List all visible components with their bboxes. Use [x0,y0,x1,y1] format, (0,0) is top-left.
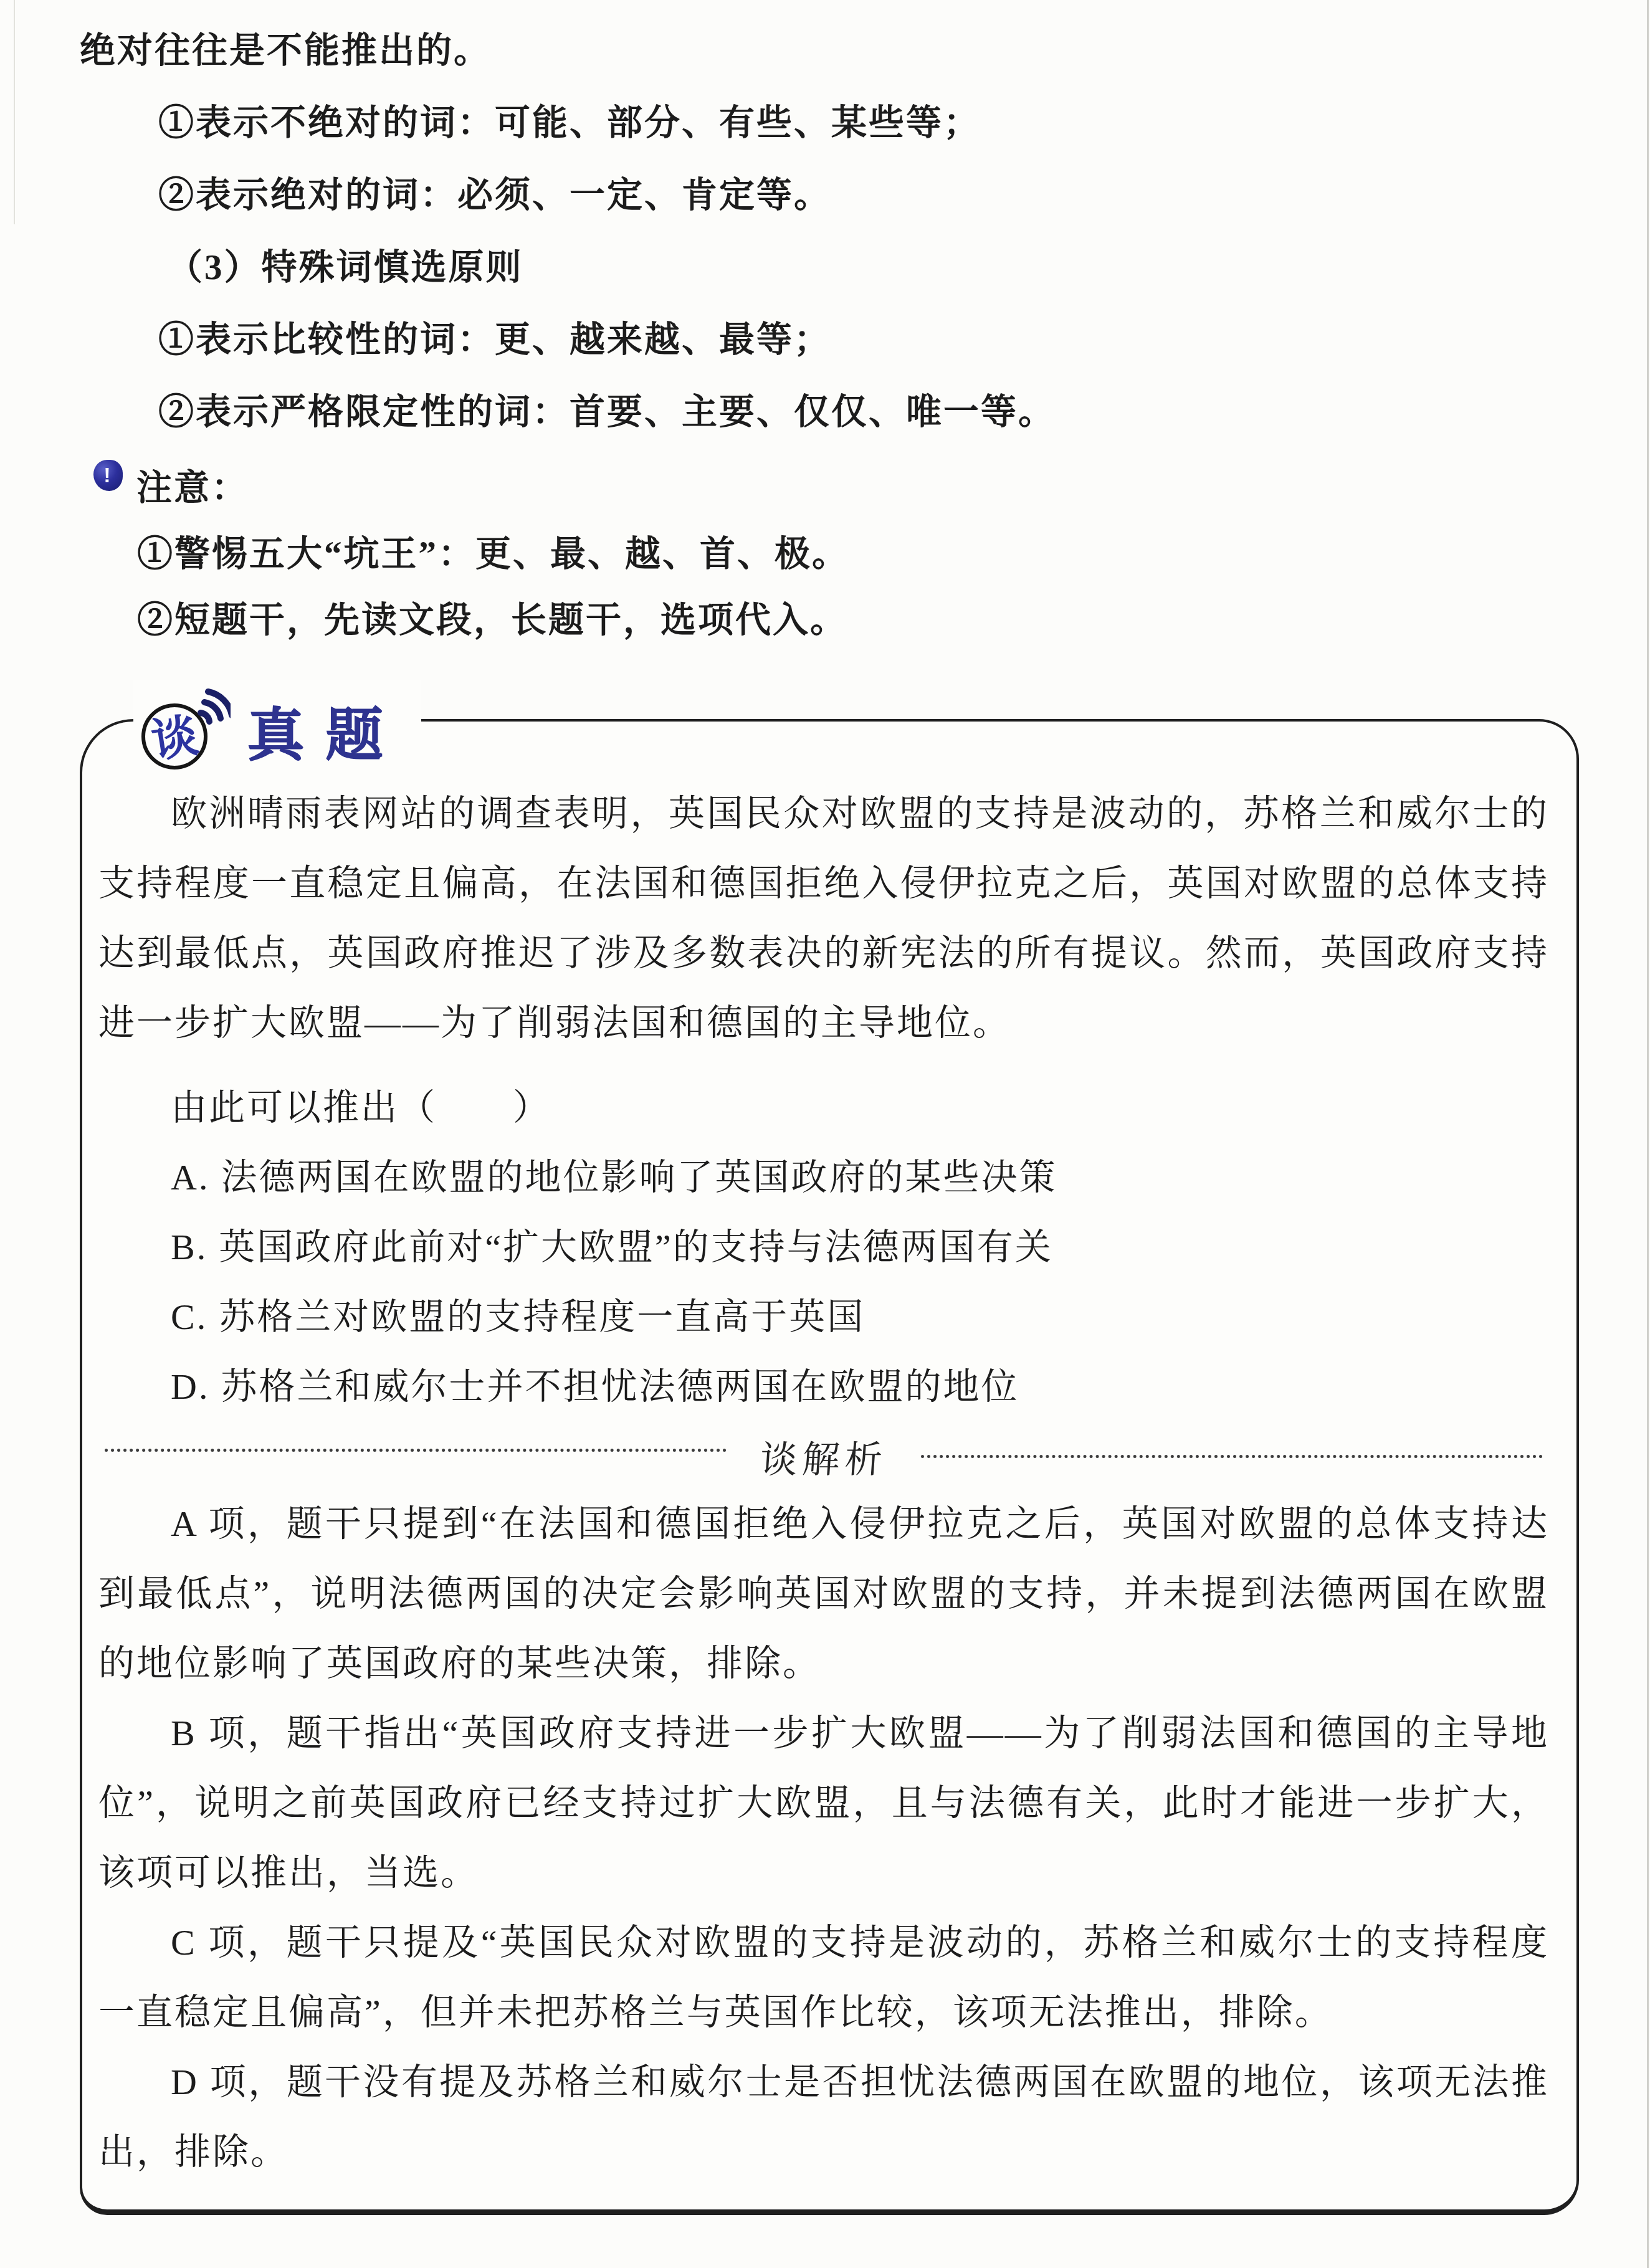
tan-speech-logo-icon: 谈 [136,680,231,774]
option-d-text: 苏格兰和威尔士并不担忧法德两国在欧盟的地位 [221,1366,1019,1407]
analysis-heading: 谈解析 [758,1430,889,1484]
analysis-paragraph-a: A 项，题干只提到“在法国和德国拒绝入侵伊拉克之后，英国对欧盟的总体支持达到最低… [98,1489,1549,1699]
option-d: D.苏格兰和威尔士并不担忧法德两国在欧盟的地位 [98,1352,1549,1422]
note-line: 绝对往往是不能推出的。 [80,32,1575,70]
analysis-paragraph-b: B 项，题干指出“英国政府支持进一步扩大欧盟——为了削弱法国和德国的主导地位”，… [98,1699,1549,1908]
option-b-label: B. [171,1227,207,1267]
option-a-text: 法德两国在欧盟的地位影响了英国政府的某些决策 [221,1157,1057,1198]
notice-label: 注意： [136,470,249,507]
notes-section: 绝对往往是不能推出的。 ①表示不绝对的词：可能、部分、有些、某些等； ②表示绝对… [80,32,1575,431]
notice-section: ! 注意： ①警惕五大“坑王”：更、最、越、首、极。 ②短题干，先读文段，长题干… [93,470,1650,639]
notice-item: ①警惕五大“坑王”：更、最、越、首、极。 [137,536,1650,573]
option-c: C.苏格兰对欧盟的支持程度一直高于英国 [98,1282,1549,1352]
note-line: ①表示比较性的词：更、越来越、最等； [158,322,1575,359]
analysis-paragraph-d: D 项，题干没有提及苏格兰和威尔士是否担忧法德两国在欧盟的地位，该项无法推出，排… [98,2047,1549,2187]
question-passage: 欧洲晴雨表网站的调查表明，英国民众对欧盟的支持是波动的，苏格兰和威尔士的支持程度… [98,779,1549,1058]
page-edge-line [1647,0,1649,2268]
note-line: ②表示绝对的词：必须、一定、肯定等。 [158,177,1575,214]
analysis-paragraph-c: C 项，题干只提及“英国民众对欧盟的支持是波动的，苏格兰和威尔士的支持程度一直稳… [98,1908,1549,2047]
dotted-line [921,1455,1543,1458]
notice-items: ①警惕五大“坑王”：更、最、越、首、极。 ②短题干，先读文段，长题干，选项代入。 [93,536,1650,639]
option-a-label: A. [171,1157,209,1198]
question-stem: 由此可以推出（ ） [98,1073,1549,1143]
option-b-text: 英国政府此前对“扩大欧盟”的支持与法德两国有关 [219,1227,1053,1267]
exam-badge-label: 真题 [247,707,404,764]
dotted-line [105,1449,727,1452]
notice-header: ! 注意： [93,470,1650,507]
option-c-label: C. [171,1297,207,1337]
svg-text:谈: 谈 [148,710,202,768]
note-line: ①表示不绝对的词：可能、部分、有些、某些等； [158,105,1575,142]
exam-badge: 谈 真题 [133,680,421,774]
option-b: B.英国政府此前对“扩大欧盟”的支持与法德两国有关 [98,1213,1549,1282]
analysis-divider: 谈解析 [105,1427,1543,1487]
signal-waves-icon [201,692,231,722]
note-subheading: （3）特殊词慎选原则 [167,249,1575,287]
note-line: ②表示严格限定性的词：首要、主要、仅仅、唯一等。 [158,394,1575,431]
scanned-book-page: 绝对往往是不能推出的。 ①表示不绝对的词：可能、部分、有些、某些等； ②表示绝对… [0,0,1650,2268]
page-edge-line [14,0,15,224]
option-c-text: 苏格兰对欧盟的支持程度一直高于英国 [219,1297,865,1337]
exam-question-box: 谈 真题 欧洲晴雨表网站的调查表明，英国民众对欧盟的支持是波动的，苏格兰和威尔士… [80,719,1579,2215]
exclamation-bullet-icon: ! [93,460,123,491]
option-a: A.法德两国在欧盟的地位影响了英国政府的某些决策 [98,1143,1549,1213]
notice-item: ②短题干，先读文段，长题干，选项代入。 [137,602,1650,639]
option-d-label: D. [171,1366,209,1407]
